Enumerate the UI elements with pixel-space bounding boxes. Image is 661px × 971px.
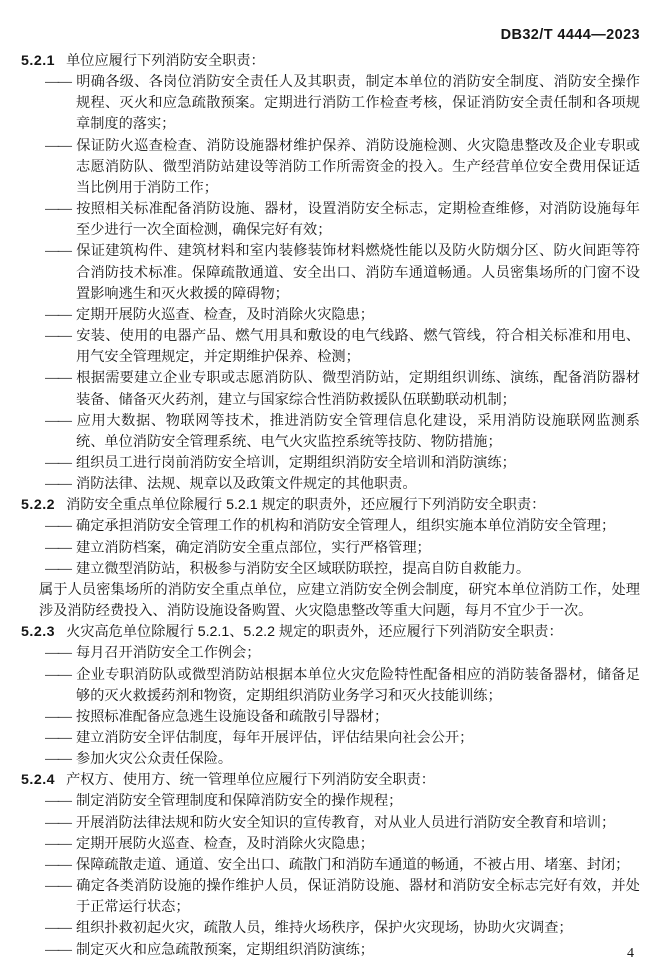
- duty-item: ——企业专职消防队或微型消防站根据本单位火灾危险特性配备相应的消防装备器材，储备…: [21, 665, 640, 707]
- page-header: DB32/T 4444—2023: [501, 26, 640, 44]
- document-content: 5.2.1单位应履行下列消防安全职责：——明确各级、各岗位消防安全责任人及其职责…: [21, 51, 640, 961]
- doc-code: DB32/T 4444—2023: [501, 27, 640, 43]
- duty-item-text: 定期开展防火巡查、检查，及时消除火灾隐患；: [76, 836, 374, 852]
- duty-item: ——保证防火巡查检查、消防设施器材维护保养、消防设施检测、火灾隐患整改及企业专职…: [21, 136, 640, 199]
- duty-item-text: 根据需要建立企业专职或志愿消防队、微型消防站，定期组织训练、演练，配备消防器材装…: [76, 370, 640, 407]
- duty-item-text: 明确各级、各岗位消防安全责任人及其职责，制定本单位的消防安全制度、消防安全操作规…: [76, 74, 640, 132]
- duty-item: ——定期开展防火巡查、检查，及时消除火灾隐患；: [21, 834, 640, 855]
- duty-item: ——开展消防法律法规和防火安全知识的宣传教育，对从业人员进行消防安全教育和培训；: [21, 813, 640, 834]
- duty-item: ——安装、使用的电器产品、燃气用具和敷设的电气线路、燃气管线，符合相关标准和用电…: [21, 326, 640, 368]
- duty-item-text: 建立消防档案，确定消防安全重点部位，实行严格管理；: [76, 540, 431, 556]
- clause-5-2-1: 5.2.1单位应履行下列消防安全职责：——明确各级、各岗位消防安全责任人及其职责…: [21, 51, 640, 495]
- dash-prefix: ——: [45, 368, 76, 389]
- document-page: DB32/T 4444—2023 5.2.1单位应履行下列消防安全职责：——明确…: [0, 0, 661, 971]
- dash-prefix: ——: [45, 728, 76, 749]
- duty-item: ——组织扑救初起火灾，疏散人员，维持火场秩序，保护火灾现场，协助火灾调查；: [21, 918, 640, 939]
- duty-item: ——制定灭火和应急疏散预案，定期组织消防演练；: [21, 940, 640, 961]
- clause-number: 5.2.1: [21, 53, 55, 69]
- duty-item-text: 组织员工进行岗前消防安全培训，定期组织消防安全培训和消防演练；: [76, 455, 516, 471]
- page-footer: 4: [627, 944, 634, 962]
- duty-item-text: 参加火灾公众责任保险。: [76, 751, 232, 767]
- duty-item: ——建立微型消防站，积极参与消防安全区域联防联控，提高自防自救能力。: [21, 559, 640, 580]
- duty-item-text: 应用大数据、物联网等技术，推进消防安全管理信息化建设，采用消防设施联网监测系统、…: [76, 413, 640, 450]
- dash-prefix: ——: [45, 855, 76, 876]
- dash-prefix: ——: [45, 474, 76, 495]
- duty-item-text: 开展消防法律法规和防火安全知识的宣传教育，对从业人员进行消防安全教育和培训；: [76, 815, 615, 831]
- dash-prefix: ——: [45, 834, 76, 855]
- clause-number: 5.2.3: [21, 624, 55, 640]
- dash-prefix: ——: [45, 305, 76, 326]
- duty-item: ——根据需要建立企业专职或志愿消防队、微型消防站，定期组织训练、演练，配备消防器…: [21, 368, 640, 410]
- duty-item: ——按照相关标准配备消防设施、器材，设置消防安全标志，定期检查维修，对消防设施每…: [21, 199, 640, 241]
- duty-item-text: 组织扑救初起火灾，疏散人员，维持火场秩序，保护火灾现场，协助火灾调查；: [76, 920, 573, 936]
- duty-item: ——每月召开消防安全工作例会；: [21, 643, 640, 664]
- dash-prefix: ——: [45, 136, 76, 157]
- duty-item: ——参加火灾公众责任保险。: [21, 749, 640, 770]
- clause-5-2-3: 5.2.3火灾高危单位除履行 5.2.1、5.2.2 规定的职责外，还应履行下列…: [21, 622, 640, 770]
- clause-heading: 5.2.2消防安全重点单位除履行 5.2.1 规定的职责外，还应履行下列消防安全…: [21, 495, 640, 516]
- duty-item-text: 安装、使用的电器产品、燃气用具和敷设的电气线路、燃气管线，符合相关标准和用电、用…: [76, 328, 640, 365]
- dash-prefix: ——: [45, 707, 76, 728]
- duty-item-text: 保证防火巡查检查、消防设施器材维护保养、消防设施检测、火灾隐患整改及企业专职或志…: [76, 138, 640, 196]
- duty-item-text: 消防法律、法规、规章以及政策文件规定的其他职责。: [76, 476, 417, 492]
- dash-prefix: ——: [45, 241, 76, 262]
- duty-item-text: 确定承担消防安全管理工作的机构和消防安全管理人，组织实施本单位消防安全管理；: [76, 518, 615, 534]
- dash-prefix: ——: [45, 538, 76, 559]
- clause-heading: 5.2.4产权方、使用方、统一管理单位应履行下列消防安全职责：: [21, 770, 640, 791]
- duty-item: ——制定消防安全管理制度和保障消防安全的操作规程；: [21, 791, 640, 812]
- duty-item: ——保证建筑构件、建筑材料和室内装修装饰材料燃烧性能以及防火防烟分区、防火间距等…: [21, 241, 640, 304]
- duty-item-text: 建立微型消防站，积极参与消防安全区域联防联控，提高自防自救能力。: [76, 561, 530, 577]
- duty-item: ——消防法律、法规、规章以及政策文件规定的其他职责。: [21, 474, 640, 495]
- dash-prefix: ——: [45, 72, 76, 93]
- clause-number: 5.2.4: [21, 772, 55, 788]
- duty-item-text: 按照标准配备应急逃生设施设备和疏散引导器材；: [76, 709, 388, 725]
- duty-item: ——明确各级、各岗位消防安全责任人及其职责，制定本单位的消防安全制度、消防安全操…: [21, 72, 640, 135]
- duty-item-text: 保障疏散走道、通道、安全出口、疏散门和消防车通道的畅通，不被占用、堵塞、封闭；: [76, 857, 629, 873]
- duty-item-text: 按照相关标准配备消防设施、器材，设置消防安全标志，定期检查维修，对消防设施每年至…: [76, 201, 640, 238]
- duty-item: ——确定承担消防安全管理工作的机构和消防安全管理人，组织实施本单位消防安全管理；: [21, 516, 640, 537]
- duty-item-text: 制定消防安全管理制度和保障消防安全的操作规程；: [76, 793, 402, 809]
- dash-prefix: ——: [45, 813, 76, 834]
- note-paragraph: 属于人员密集场所的消防安全重点单位，应建立消防安全例会制度，研究本单位消防工作，…: [21, 580, 640, 622]
- clause-5-2-2: 5.2.2消防安全重点单位除履行 5.2.1 规定的职责外，还应履行下列消防安全…: [21, 495, 640, 622]
- dash-prefix: ——: [45, 453, 76, 474]
- dash-prefix: ——: [45, 559, 76, 580]
- dash-prefix: ——: [45, 411, 76, 432]
- clause-title: 消防安全重点单位除履行 5.2.1 规定的职责外，还应履行下列消防安全职责：: [66, 497, 545, 513]
- duty-item: ——建立消防档案，确定消防安全重点部位，实行严格管理；: [21, 538, 640, 559]
- dash-prefix: ——: [45, 199, 76, 220]
- duty-item-text: 每月召开消防安全工作例会；: [76, 645, 260, 661]
- duty-item-text: 制定灭火和应急疏散预案，定期组织消防演练；: [76, 942, 374, 958]
- clause-5-2-4: 5.2.4产权方、使用方、统一管理单位应履行下列消防安全职责：——制定消防安全管…: [21, 770, 640, 960]
- duty-item: ——建立消防安全评估制度，每年开展评估，评估结果向社会公开；: [21, 728, 640, 749]
- duty-item-text: 定期开展防火巡查、检查，及时消除火灾隐患；: [76, 307, 374, 323]
- dash-prefix: ——: [45, 749, 76, 770]
- duty-item-text: 建立消防安全评估制度，每年开展评估，评估结果向社会公开；: [76, 730, 473, 746]
- duty-item: ——按照标准配备应急逃生设施设备和疏散引导器材；: [21, 707, 640, 728]
- dash-prefix: ——: [45, 516, 76, 537]
- duty-item: ——定期开展防火巡查、检查，及时消除火灾隐患；: [21, 305, 640, 326]
- dash-prefix: ——: [45, 326, 76, 347]
- dash-prefix: ——: [45, 940, 76, 961]
- dash-prefix: ——: [45, 665, 76, 686]
- dash-prefix: ——: [45, 791, 76, 812]
- duty-item: ——组织员工进行岗前消防安全培训，定期组织消防安全培训和消防演练；: [21, 453, 640, 474]
- duty-item: ——确定各类消防设施的操作维护人员，保证消防设施、器材和消防安全标志完好有效，并…: [21, 876, 640, 918]
- duty-item-text: 确定各类消防设施的操作维护人员，保证消防设施、器材和消防安全标志完好有效，并处于…: [76, 878, 640, 915]
- clause-title: 单位应履行下列消防安全职责：: [66, 53, 265, 69]
- duty-item-text: 保证建筑构件、建筑材料和室内装修装饰材料燃烧性能以及防火防烟分区、防火间距等符合…: [76, 243, 640, 301]
- clause-heading: 5.2.1单位应履行下列消防安全职责：: [21, 51, 640, 72]
- clause-title: 产权方、使用方、统一管理单位应履行下列消防安全职责：: [66, 772, 435, 788]
- page-number: 4: [627, 946, 634, 961]
- duty-item: ——保障疏散走道、通道、安全出口、疏散门和消防车通道的畅通，不被占用、堵塞、封闭…: [21, 855, 640, 876]
- dash-prefix: ——: [45, 918, 76, 939]
- dash-prefix: ——: [45, 876, 76, 897]
- clause-title: 火灾高危单位除履行 5.2.1、5.2.2 规定的职责外，还应履行下列消防安全职…: [66, 624, 563, 640]
- dash-prefix: ——: [45, 643, 76, 664]
- duty-item-text: 企业专职消防队或微型消防站根据本单位火灾危险特性配备相应的消防装备器材，储备足够…: [76, 667, 640, 704]
- clause-heading: 5.2.3火灾高危单位除履行 5.2.1、5.2.2 规定的职责外，还应履行下列…: [21, 622, 640, 643]
- duty-item: ——应用大数据、物联网等技术，推进消防安全管理信息化建设，采用消防设施联网监测系…: [21, 411, 640, 453]
- clause-number: 5.2.2: [21, 497, 55, 513]
